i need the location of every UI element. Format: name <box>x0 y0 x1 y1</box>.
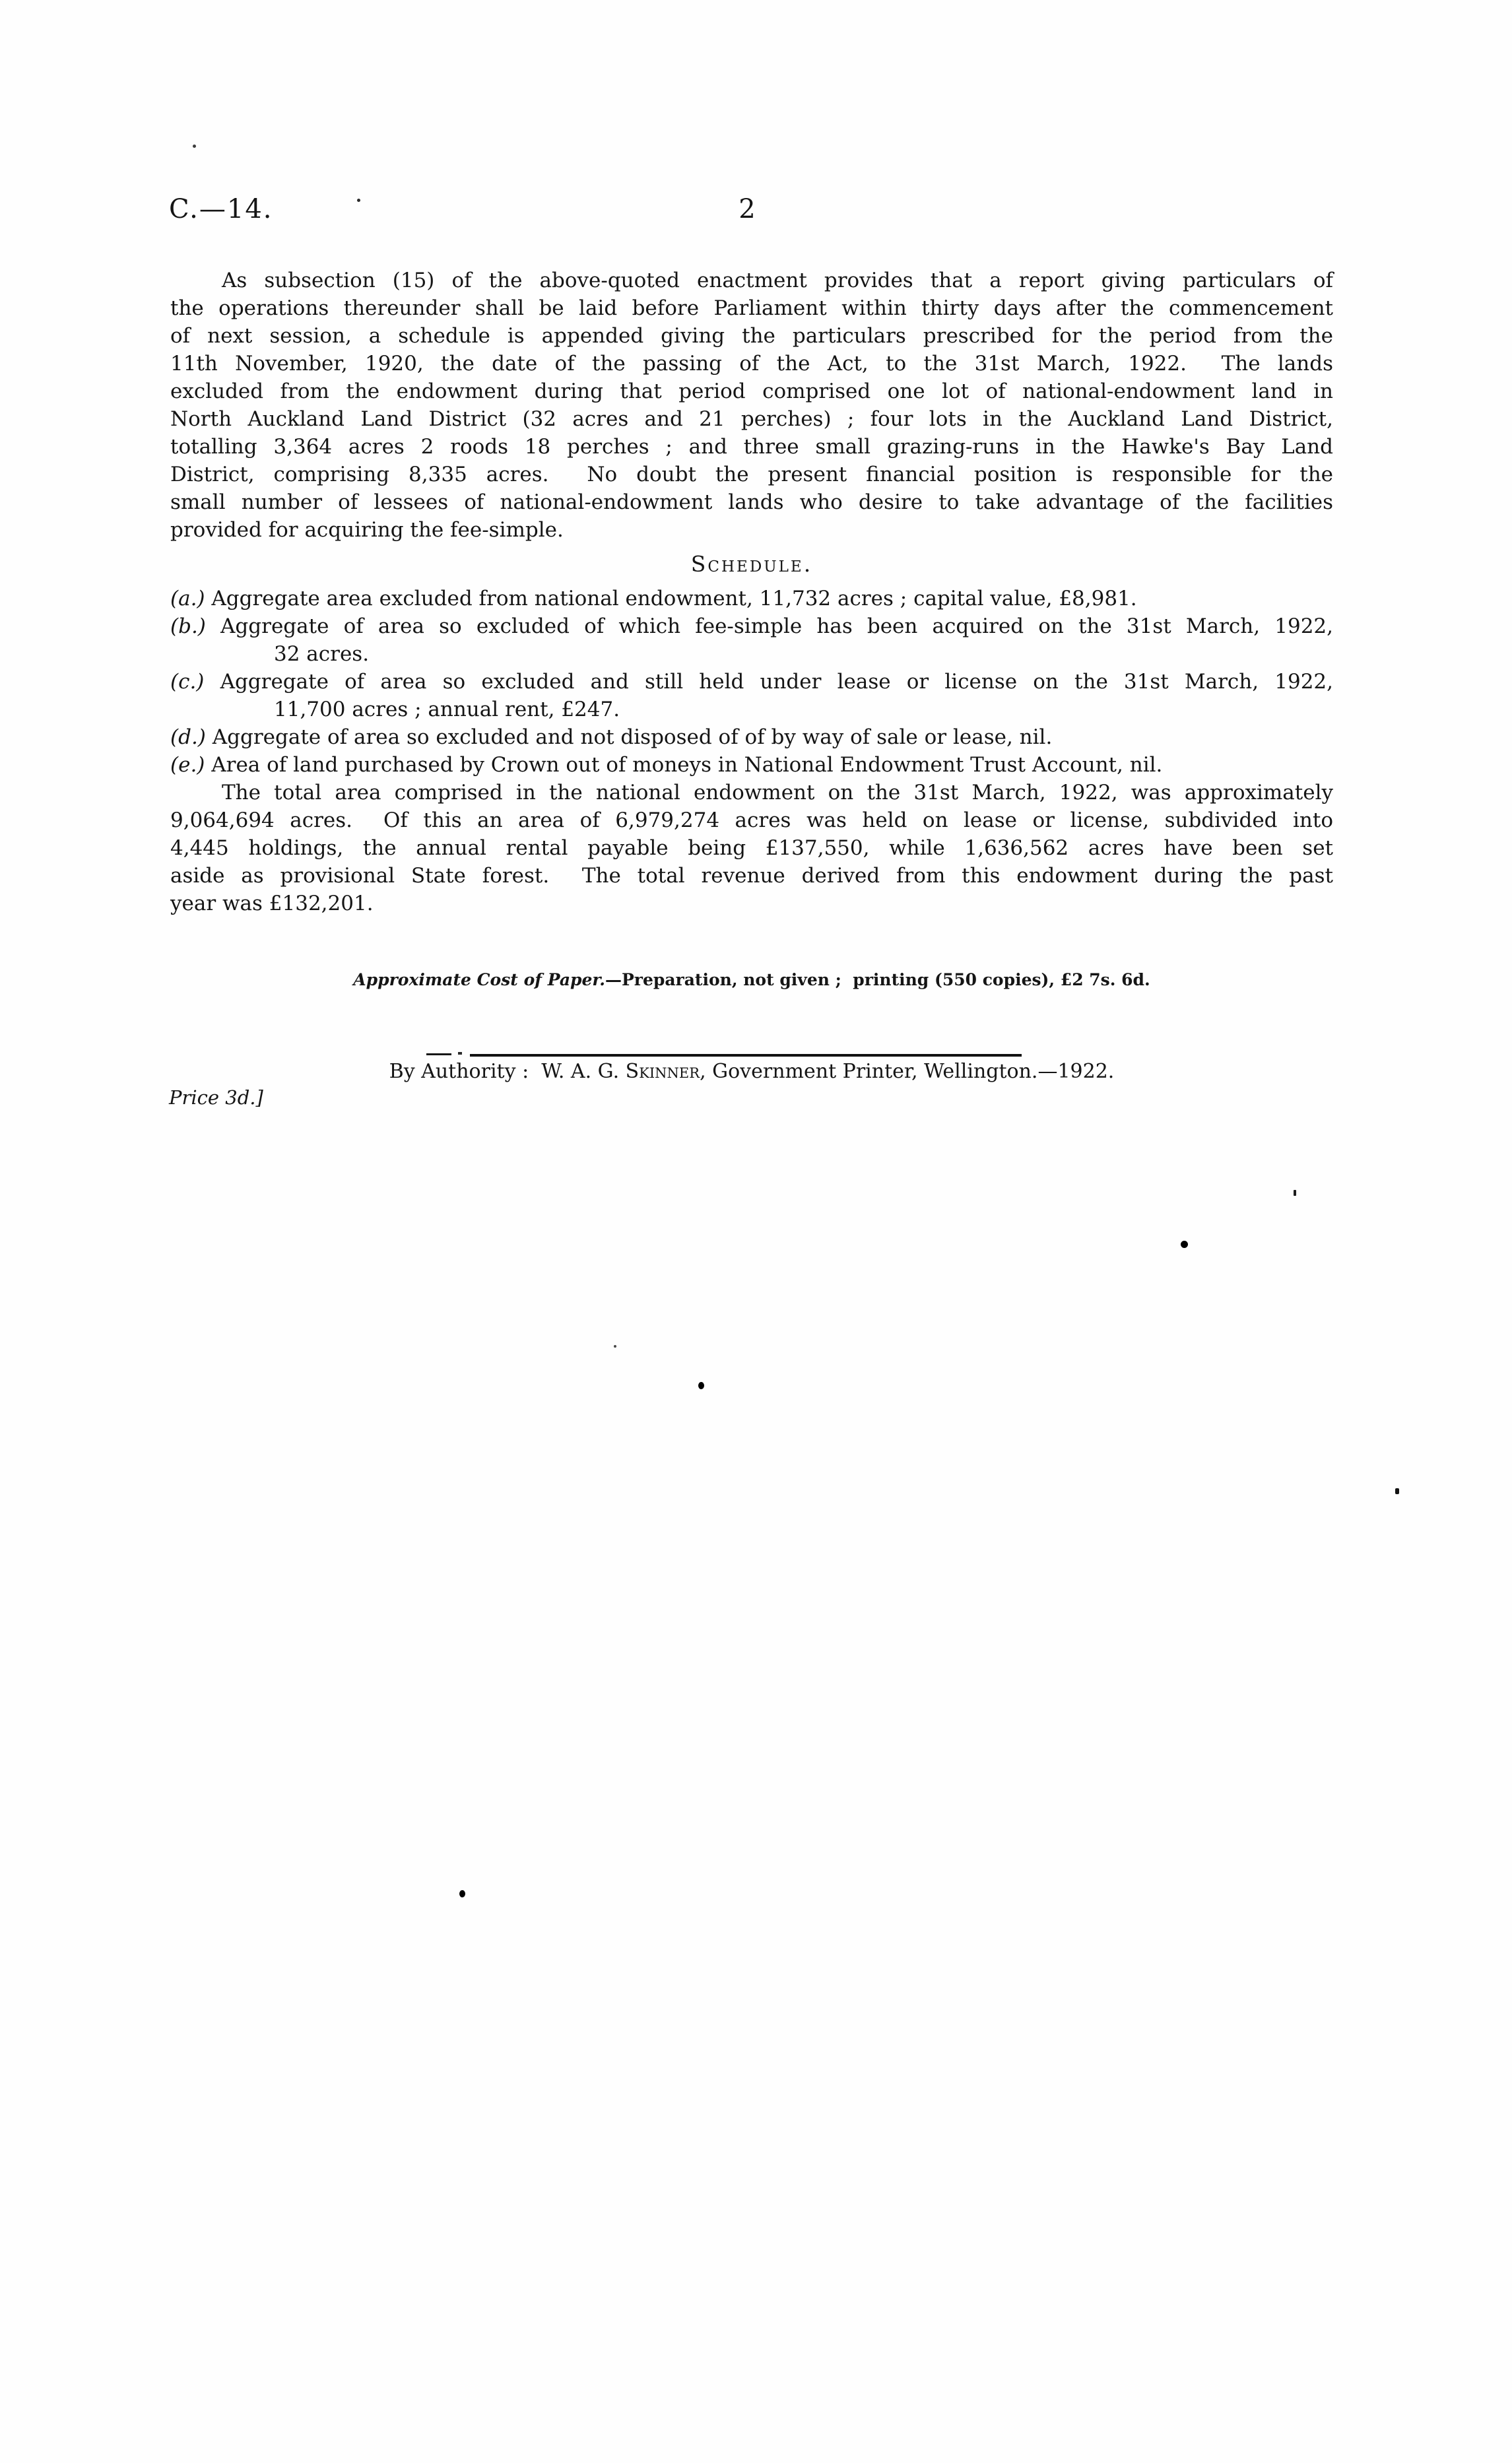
text-line: year was £132,201. <box>170 890 1333 917</box>
ink-speck <box>1181 1241 1188 1248</box>
text-line: small number of lessees of national-endo… <box>170 488 1333 516</box>
ink-speck <box>193 145 196 148</box>
document-page: C.—14. 2 As subsection (15) of the above… <box>0 0 1512 2463</box>
ink-speck <box>459 1890 465 1897</box>
schedule-item-label: (b.) <box>170 614 206 638</box>
schedule-list: (a.) Aggregate area excluded from nation… <box>170 585 1333 779</box>
paragraph-report: As subsection (15) of the above-quoted e… <box>170 267 1333 544</box>
text-line: totalling 3,364 acres 2 roods 18 perches… <box>170 433 1333 461</box>
price-note: Price 3d.] <box>169 1084 263 1111</box>
schedule-item-label: (c.) <box>170 670 204 694</box>
text-line: 9,064,694 acres. Of this an area of 6,97… <box>170 806 1333 834</box>
text-line: 11th November, 1920, the date of the pas… <box>170 350 1333 378</box>
cost-of-paper-title: Approximate Cost of Paper. <box>353 970 605 989</box>
schedule-item-text: Aggregate area excluded from national en… <box>211 587 1136 610</box>
separator-dash <box>426 1053 451 1055</box>
paper-number: C.—14. <box>169 193 273 226</box>
schedule-item-continuation: 11,700 acres ; annual rent, £247. <box>274 696 1333 723</box>
text-line: 4,445 holdings, the annual rental payabl… <box>170 834 1333 862</box>
ink-speck <box>614 1345 616 1348</box>
cost-of-paper-note: Approximate Cost of Paper.—Preparation, … <box>170 970 1333 989</box>
text-line: the operations thereunder shall be laid … <box>170 294 1333 322</box>
text-line: The total area comprised in the national… <box>170 779 1333 806</box>
authority-prefix: By Authority : W. A. G. <box>389 1060 626 1083</box>
schedule-item-label: (d.) <box>170 725 206 749</box>
text-line: provided for acquiring the fee-simple. <box>170 516 1333 544</box>
ink-speck <box>1294 1190 1296 1196</box>
schedule-item-b: (b.) Aggregate of area so excluded of wh… <box>170 612 1333 668</box>
text-line: excluded from the endowment during that … <box>170 378 1333 405</box>
authority-line: By Authority : W. A. G. Skinner, Governm… <box>170 1058 1333 1086</box>
ink-speck <box>698 1382 704 1389</box>
text-line: North Auckland Land District (32 acres a… <box>170 405 1333 433</box>
text-column: As subsection (15) of the above-quoted e… <box>170 267 1333 917</box>
separator-dot <box>458 1052 462 1055</box>
schedule-item-label: (e.) <box>170 753 205 777</box>
text-line: District, comprising 8,335 acres. No dou… <box>170 461 1333 488</box>
text-line: As subsection (15) of the above-quoted e… <box>170 267 1333 294</box>
schedule-item-d: (d.) Aggregate of area so excluded and n… <box>170 723 1333 751</box>
ink-speck <box>1395 1488 1399 1494</box>
schedule-item-text: Area of land purchased by Crown out of m… <box>211 753 1162 777</box>
schedule-item-c: (c.) Aggregate of area so excluded and s… <box>170 668 1333 723</box>
schedule-item-label: (a.) <box>170 587 205 610</box>
schedule-item-e: (e.) Area of land purchased by Crown out… <box>170 751 1333 779</box>
ink-speck <box>357 199 360 202</box>
schedule-item-text: Aggregate of area so excluded and still … <box>220 670 1333 694</box>
text-line: of next session, a schedule is appended … <box>170 322 1333 350</box>
page-number: 2 <box>721 193 773 226</box>
schedule-item-text: Aggregate of area so excluded and not di… <box>213 725 1053 749</box>
separator-rule <box>470 1054 1022 1057</box>
authority-suffix: , Government Printer, Wellington.—1922. <box>700 1060 1114 1083</box>
paragraph-totals: The total area comprised in the national… <box>170 779 1333 917</box>
cost-of-paper-detail: —Preparation, not given ; printing (550 … <box>605 970 1150 989</box>
printer-name: Skinner <box>626 1060 700 1083</box>
schedule-item-continuation: 32 acres. <box>274 640 1333 668</box>
schedule-item-text: Aggregate of area so excluded of which f… <box>220 614 1333 638</box>
text-line: aside as provisional State forest. The t… <box>170 862 1333 890</box>
schedule-heading: Schedule. <box>170 550 1333 578</box>
schedule-item-a: (a.) Aggregate area excluded from nation… <box>170 585 1333 612</box>
